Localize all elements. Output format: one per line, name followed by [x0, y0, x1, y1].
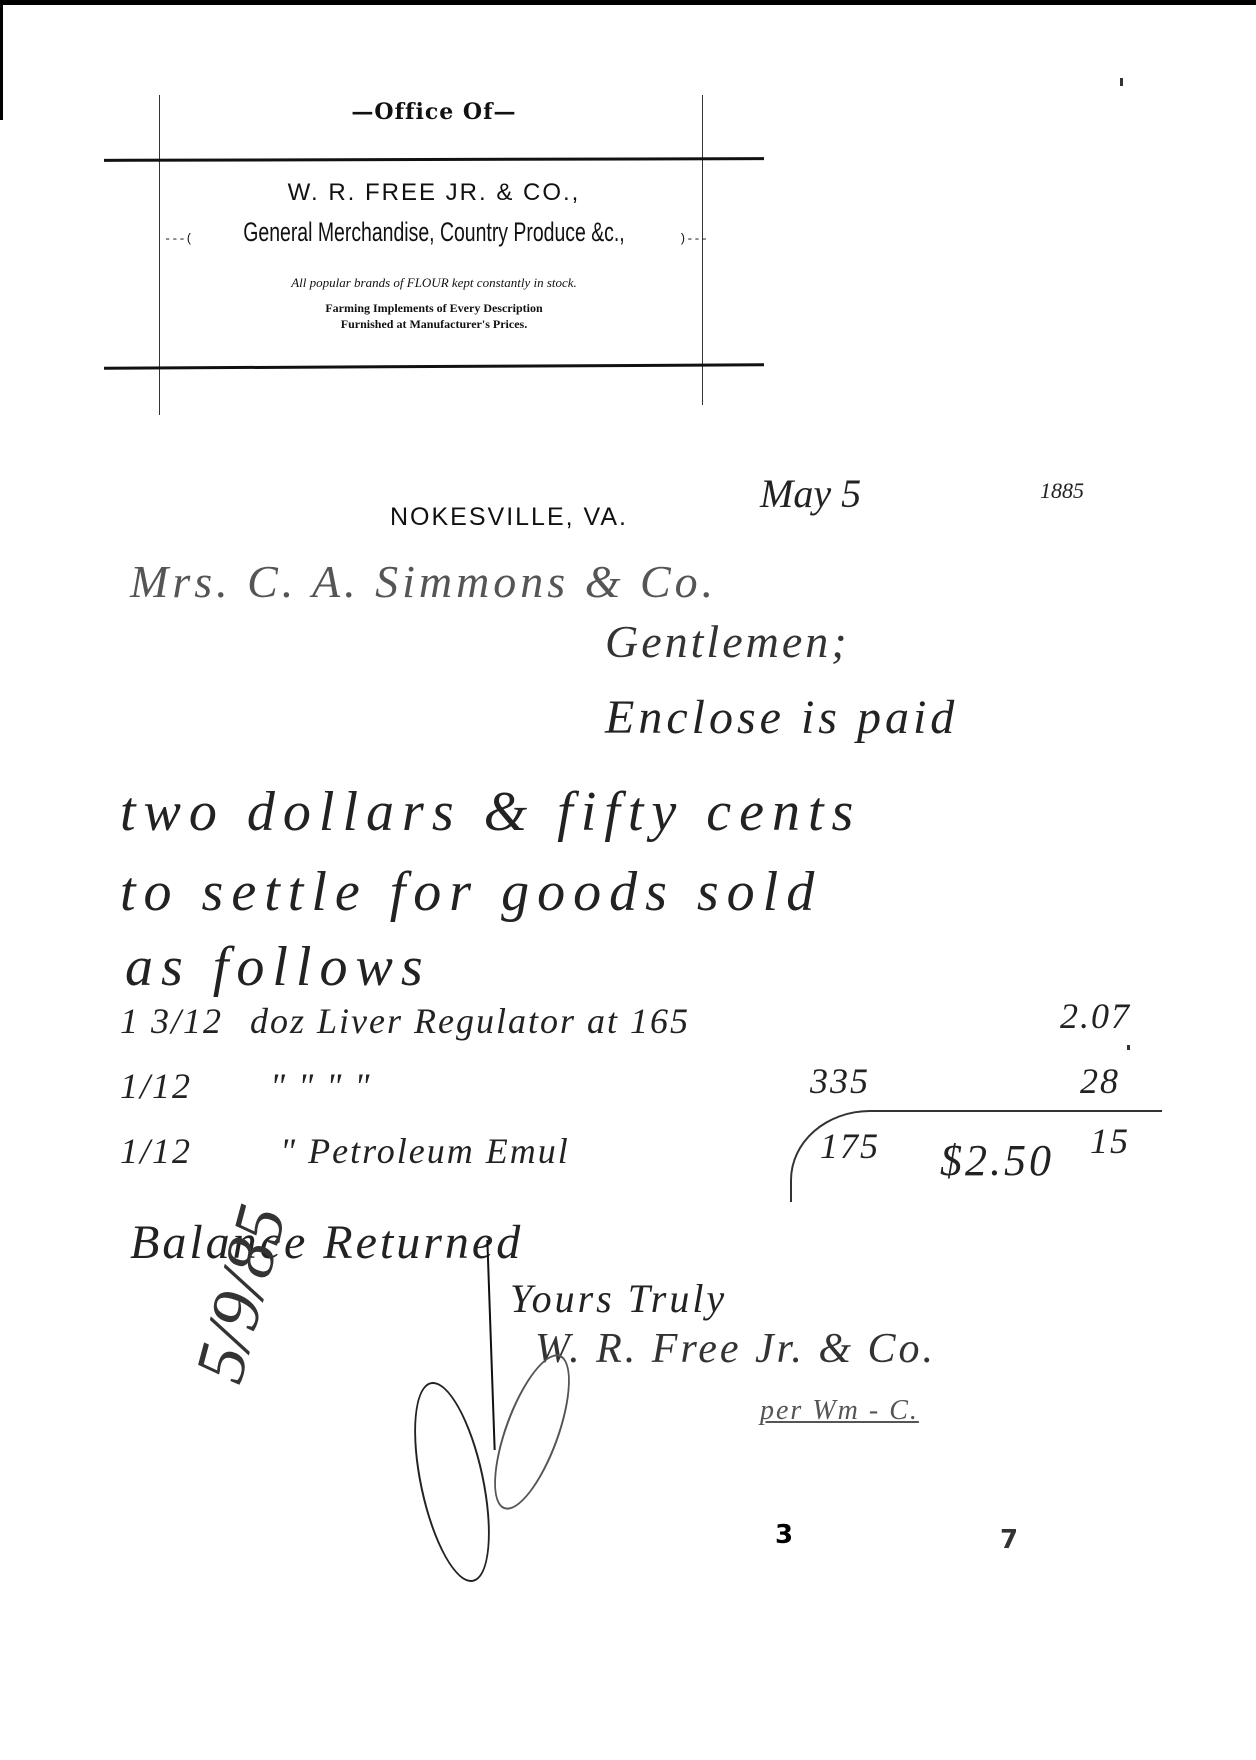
signature: W. R. Free Jr. & Co.	[535, 1325, 936, 1373]
item-amount: 2.07	[1060, 995, 1131, 1037]
scan-speck	[1127, 1045, 1130, 1050]
body-line-4: as follows	[125, 935, 431, 999]
business-dash-left: ---(	[164, 232, 193, 246]
office-of-heading: —Office Of—	[104, 99, 764, 125]
item-desc: doz Liver Regulator at	[250, 1000, 619, 1042]
ink-mark: 7	[1000, 1525, 1018, 1555]
company-name: W. R. FREE JR. & CO.,	[104, 179, 764, 207]
item-qty: 1 3/12	[120, 1000, 223, 1042]
item-rate: 165	[630, 1000, 690, 1042]
item-amount: 28	[1080, 1060, 1120, 1102]
ink-mark: 3	[775, 1520, 793, 1550]
handwritten-date: May 5	[760, 470, 861, 517]
balance-note: Balance Returned	[130, 1215, 523, 1270]
body-line-1: Enclose is paid	[605, 690, 958, 745]
signature-subline: per Wm - C.	[760, 1395, 919, 1427]
business-description: General Merchandise, Country Produce &c.…	[225, 217, 643, 248]
farming-implements-note: Farming Implements of Every Description …	[104, 300, 764, 332]
farming-line-2: Furnished at Manufacturer's Prices.	[104, 316, 764, 332]
scan-top-border	[0, 0, 1256, 5]
salutation: Gentlemen;	[605, 615, 850, 668]
scribble-loop	[399, 1376, 504, 1589]
flour-note: All popular brands of FLOUR kept constan…	[104, 275, 764, 291]
closing: Yours Truly	[510, 1275, 727, 1322]
total-amount: $2.50	[940, 1135, 1054, 1186]
farming-line-1: Farming Implements of Every Description	[104, 300, 764, 316]
place-heading: NOKESVILLE, VA.	[390, 503, 628, 532]
item-rate: 335	[810, 1060, 870, 1102]
letterhead-bottom-rule	[104, 363, 764, 369]
item-qty: 1/12	[120, 1130, 192, 1172]
scan-left-border	[0, 0, 3, 120]
addressee: Mrs. C. A. Simmons & Co.	[130, 555, 717, 608]
handwritten-year: 1885	[1040, 478, 1084, 504]
body-line-3: to settle for goods sold	[120, 860, 822, 924]
item-qty: 1/12	[120, 1065, 192, 1107]
business-dash-right: )---	[679, 232, 708, 246]
vertical-check-stroke	[486, 1240, 495, 1450]
body-line-2: two dollars & fifty cents	[120, 780, 861, 844]
letterhead-right-rule	[702, 95, 703, 405]
letterhead-top-rule	[104, 157, 764, 162]
item-desc: " Petroleum Emul	[280, 1130, 570, 1172]
letterhead: —Office Of— W. R. FREE JR. & CO., ---( G…	[104, 95, 764, 415]
scan-speck	[1120, 78, 1123, 86]
item-desc: " " " "	[270, 1065, 371, 1107]
